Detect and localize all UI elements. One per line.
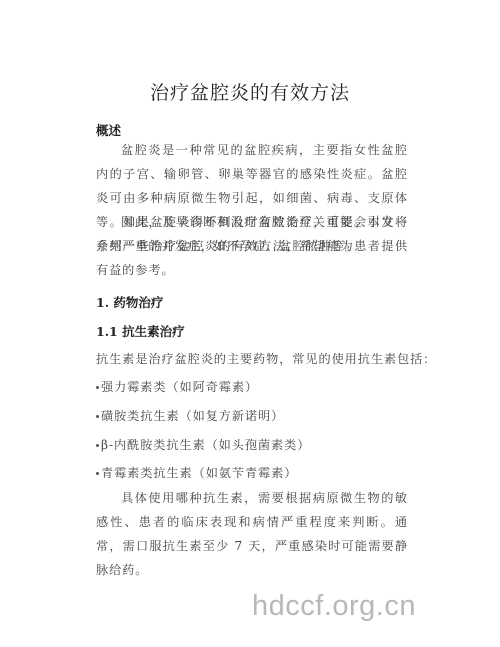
section-1-heading: 1. 药物治疗 [96,293,163,311]
document-page: 治疗盆腔炎的有效方法 概述 盆腔炎是一种常见的盆腔疾病，主要指女性盆腔内的子宫、… [0,0,500,647]
bullet-icon [96,386,99,389]
document-title: 治疗盆腔炎的有效方法 [0,78,500,105]
bullet-icon [96,472,99,475]
antibiotic-list-item: 磺胺类抗生素（如复方新诺明） [96,407,284,424]
antibiotics-paragraph: 具体使用哪种抗生素，需要根据病原微生物的敏感性、患者的临床表现和病情严重程度来判… [96,486,408,582]
antibiotics-intro: 抗生素是治疗盆腔炎的主要药物，常见的使用抗生素包括： [96,350,436,367]
overview-heading: 概述 [96,121,121,139]
antibiotic-list-item: β-内酰胺类抗生素（如头孢菌素类） [96,436,310,453]
antibiotic-list-item: 青霉素类抗生素（如氨苄青霉素） [96,464,297,481]
watermark: hdccf.org.cn [252,590,416,623]
bullet-icon [96,415,99,418]
antibiotic-list-item: 强力霉素类（如阿奇霉素） [96,378,258,395]
bullet-icon [96,444,99,447]
section-1-1-heading: 1.1 抗生素治疗 [96,322,185,340]
overview-paragraph-2: 因此，及早诊断和治疗盆腔炎至关重要。本文将介绍一些治疗盆腔炎的有效方法，希望能为… [96,210,408,282]
